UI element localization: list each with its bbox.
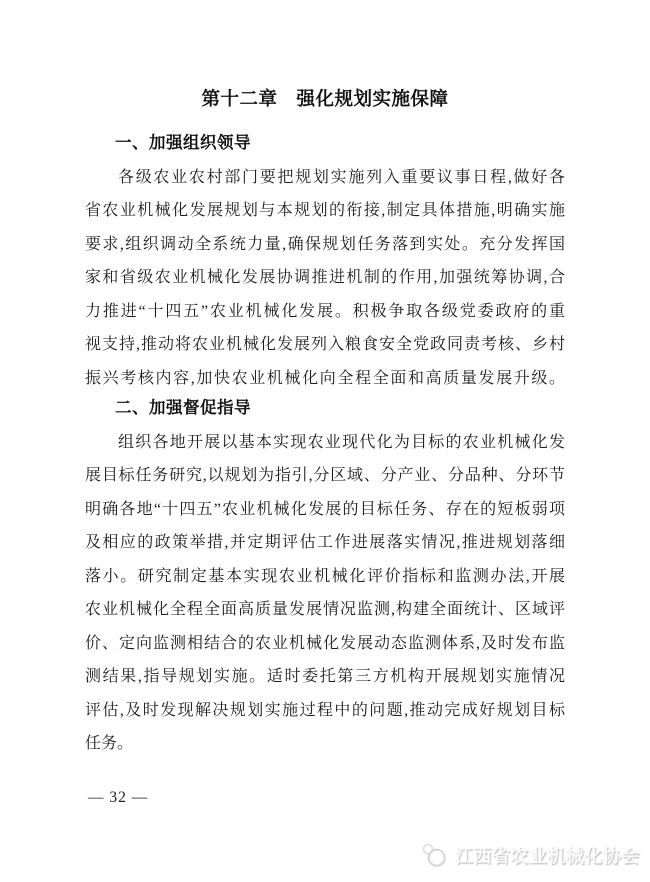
chapter-title: 第十二章 强化规划实施保障 — [0, 85, 650, 111]
text-line: 价、定向监测相结合的农业机械化发展动态监测体系,及时发布监 — [85, 627, 565, 660]
text-line: 落小。研究制定基本实现农业机械化评价指标和监测办法,开展 — [85, 560, 565, 593]
text-line: 及相应的政策举措,并定期评估工作进展落实情况,推进规划落细 — [85, 526, 565, 559]
text-line: 农业机械化全程全面高质量发展情况监测,构建全面统计、区域评 — [85, 593, 565, 626]
text-line: 评估,及时发现解决规划实施过程中的问题,推动完成好规划目标 — [85, 694, 565, 727]
text-line: 明确各地“十四五”农业机械化发展的目标任务、存在的短板弱项 — [85, 493, 565, 526]
text-line: 视支持,推动将农业机械化发展列入粮食安全党政同责考核、乡村 — [85, 328, 565, 361]
watermark: 江西省农业机械化协会 — [420, 841, 640, 869]
watermark-label: 江西省农业机械化协会 — [455, 842, 640, 868]
text-line: 展目标任务研究,以规划为指引,分区域、分产业、分品种、分环节 — [85, 459, 565, 492]
text-line: 家和省级农业机械化发展协调推进机制的作用,加强统筹协调,合 — [85, 261, 565, 294]
document-page: 第十二章 强化规划实施保障 一、加强组织领导 各级农业农村部门要把规划实施列入重… — [0, 0, 650, 882]
page-number: — 32 — — [88, 789, 148, 807]
section-heading-1: 一、加强组织领导 — [115, 129, 251, 153]
text-line: 各级农业农村部门要把规划实施列入重要议事日程,做好各 — [85, 161, 565, 194]
association-logo-icon — [420, 841, 448, 869]
paragraph-1: 各级农业农村部门要把规划实施列入重要议事日程,做好各 省农业机械化发展规划与本规… — [85, 161, 565, 395]
text-line: 组织各地开展以基本实现农业现代化为目标的农业机械化发 — [85, 426, 565, 459]
text-line: 要求,组织调动全系统力量,确保规划任务落到实处。充分发挥国 — [85, 228, 565, 261]
paragraph-2: 组织各地开展以基本实现农业现代化为目标的农业机械化发 展目标任务研究,以规划为指… — [85, 426, 565, 760]
text-line: 振兴考核内容,加快农业机械化向全程全面和高质量发展升级。 — [85, 362, 565, 395]
text-line: 任务。 — [85, 727, 565, 760]
text-line: 省农业机械化发展规划与本规划的衔接,制定具体措施,明确实施 — [85, 194, 565, 227]
section-heading-2: 二、加强督促指导 — [115, 394, 251, 418]
text-line: 力推进“十四五”农业机械化发展。积极争取各级党委政府的重 — [85, 295, 565, 328]
text-line: 测结果,指导规划实施。适时委托第三方机构开展规划实施情况 — [85, 660, 565, 693]
